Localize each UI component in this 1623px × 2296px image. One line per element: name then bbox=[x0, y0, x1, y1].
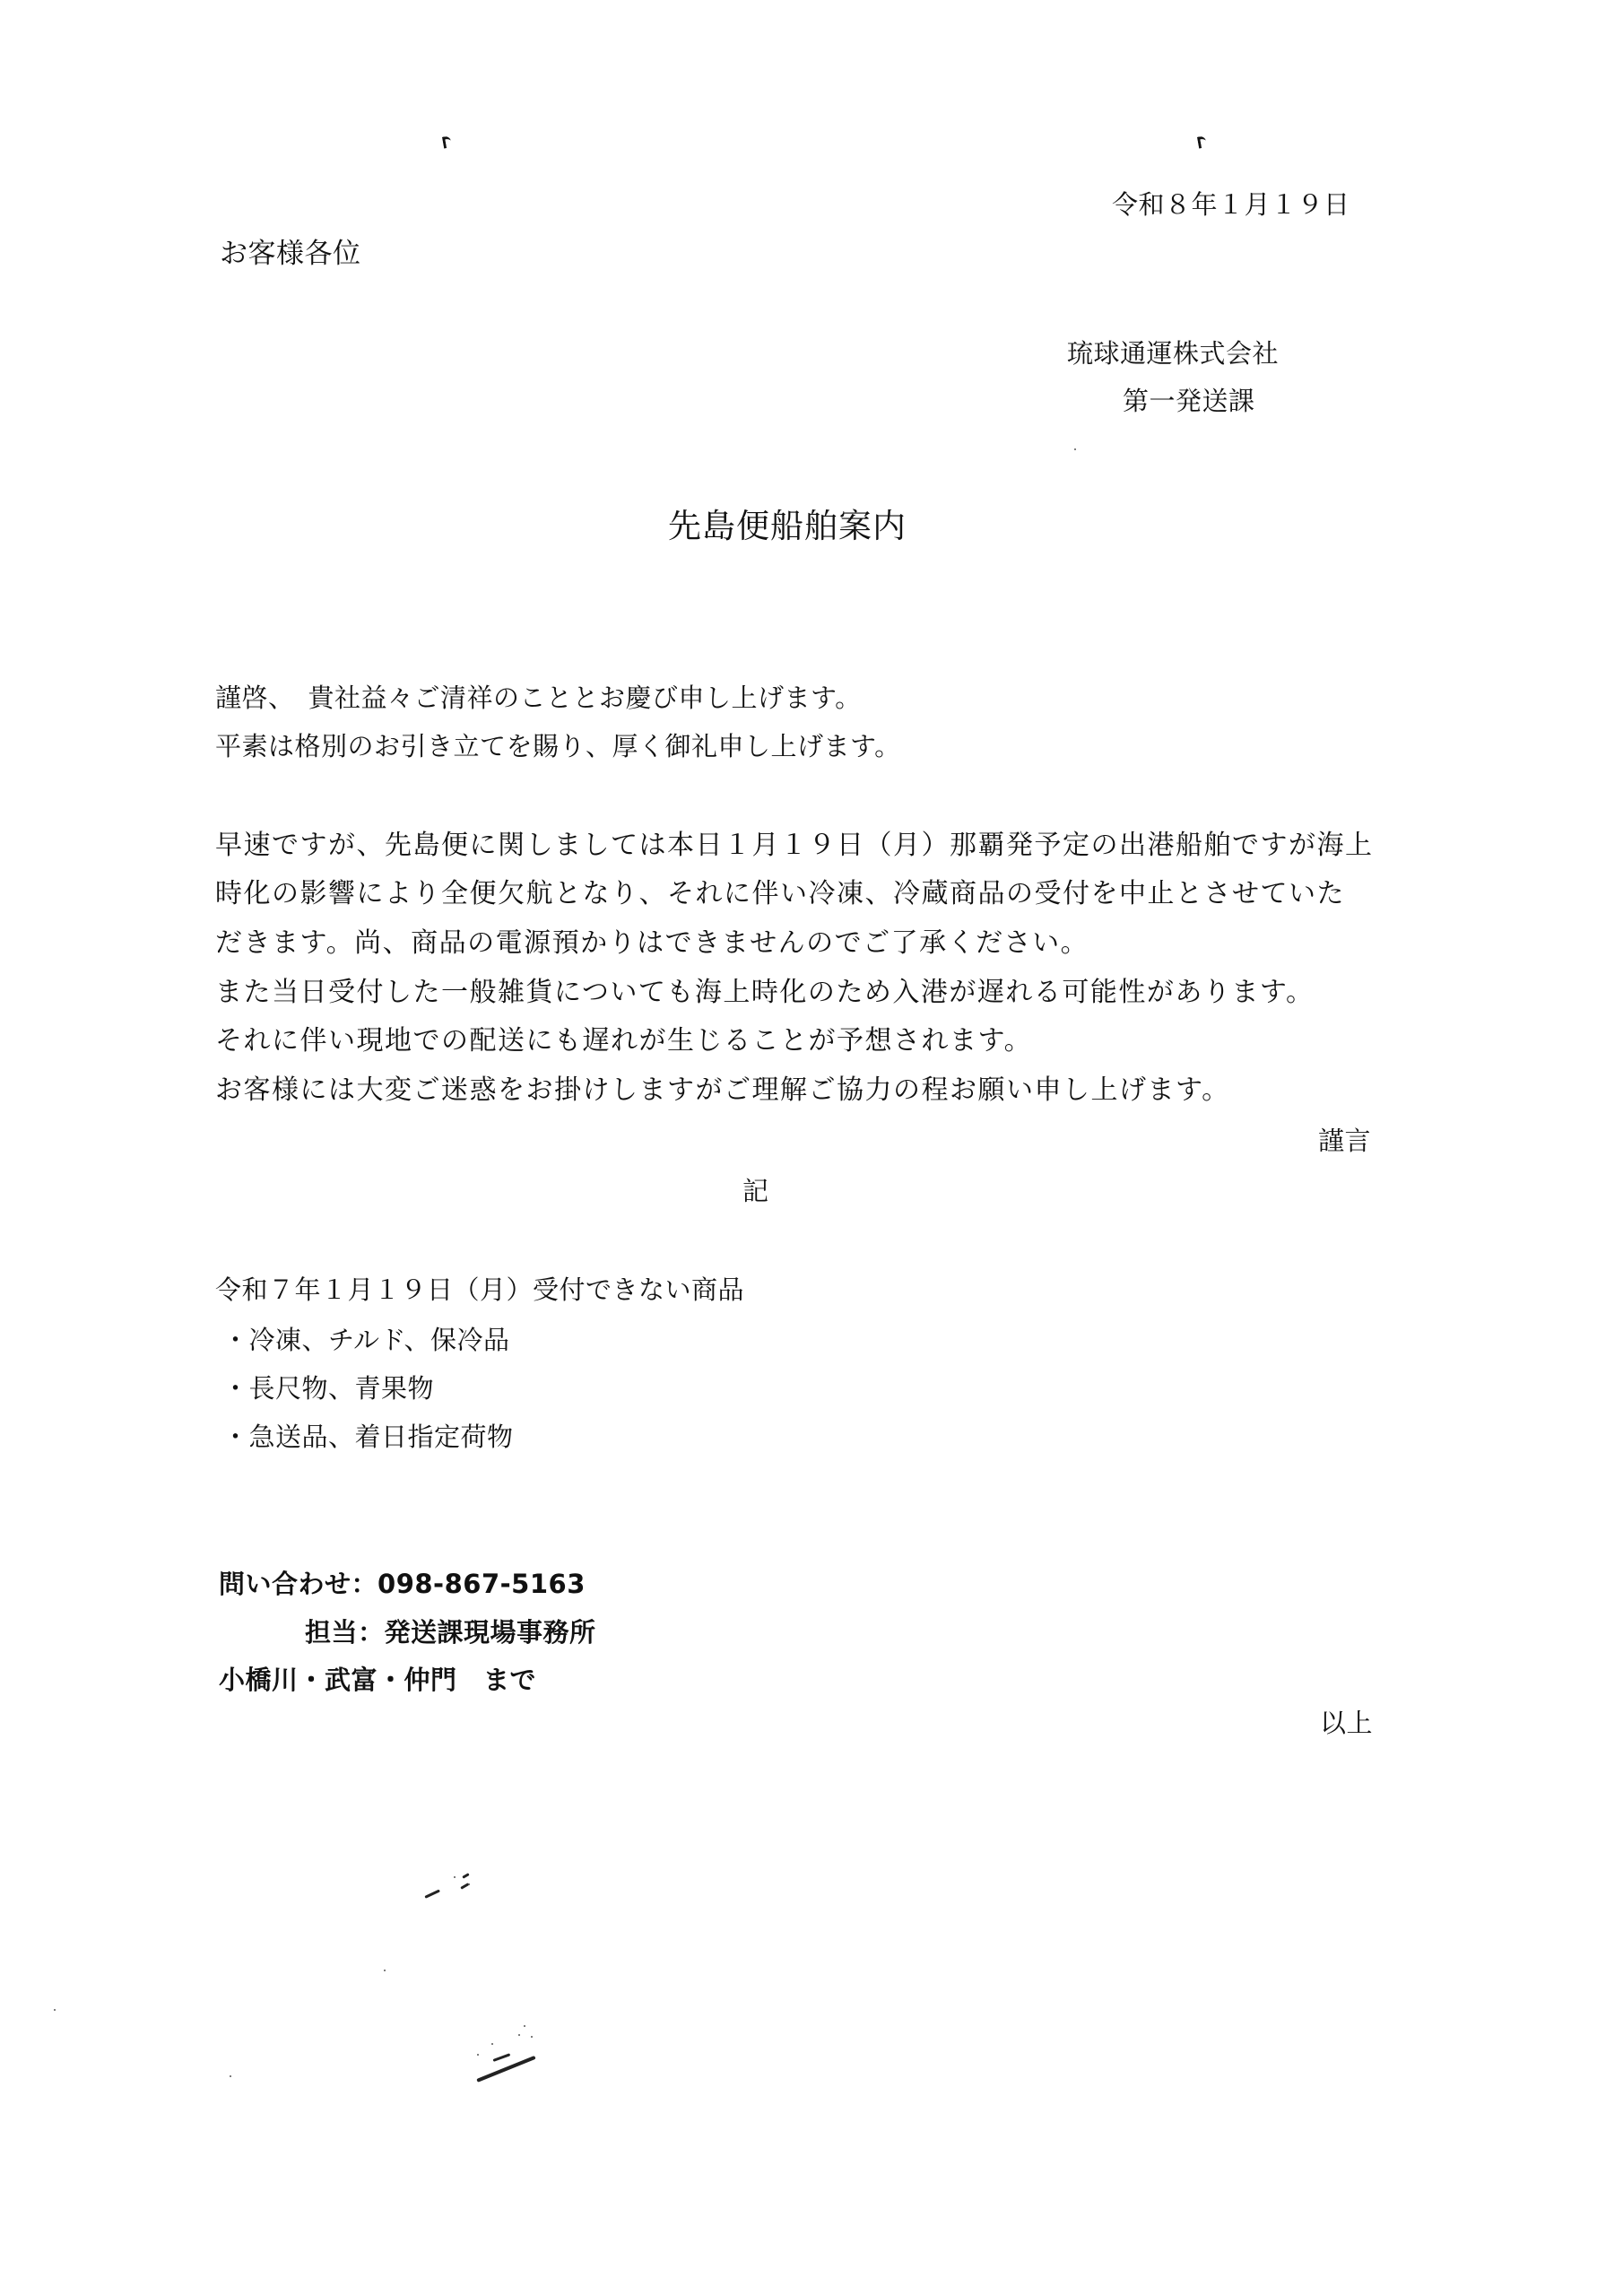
contact-names: 小橋川・武富・仲門 まで bbox=[219, 1667, 536, 1693]
document-date: 令和８年１月１９日 bbox=[1112, 192, 1350, 218]
scan-dot bbox=[230, 2075, 231, 2077]
body-line: 時化の影響により全便欠航となり、それに伴い冷凍、冷蔵商品の受付を中止とさせていた bbox=[215, 881, 1345, 908]
sender-department: 第一発送課 bbox=[1123, 388, 1255, 414]
contact-person: 担当：発送課現場事務所 bbox=[305, 1620, 596, 1646]
unacceptable-items-heading: 令和７年１月１９日（月）受付できない商品 bbox=[215, 1277, 744, 1303]
scan-dot bbox=[384, 1970, 386, 1971]
body-line: それに伴い現地での配送にも遅れが生じることが予想されます。 bbox=[215, 1028, 1032, 1055]
body-line: だきます。尚、商品の電源預かりはできませんのでご了承ください。 bbox=[215, 930, 1089, 957]
greeting-line: 謹啓、 貴社益々ご清祥のこととお慶び申し上げます。 bbox=[215, 685, 862, 711]
contact-phone: 098-867-5163 bbox=[378, 1569, 586, 1599]
end-mark: 以上 bbox=[1320, 1710, 1373, 1736]
document-title: 先島便船舶案内 bbox=[668, 509, 907, 543]
closing-word: 謹言 bbox=[1318, 1128, 1371, 1154]
contact-line: 問い合わせ：098-867-5163 bbox=[219, 1571, 586, 1597]
scan-dot bbox=[54, 2009, 56, 2011]
sender-company: 琉球通運株式会社 bbox=[1067, 341, 1279, 367]
recipient: お客様各位 bbox=[220, 240, 361, 268]
ki-heading: 記 bbox=[742, 1178, 769, 1205]
greeting-line: 平素は格別のお引き立てを賜り、厚く御礼申し上げます。 bbox=[215, 734, 901, 760]
list-item: ・冷凍、チルド、保冷品 bbox=[222, 1327, 509, 1353]
body-line: また当日受付した一般雑貨についても海上時化のため入港が遅れる可能性があります。 bbox=[215, 979, 1315, 1006]
scan-mark-right bbox=[1197, 135, 1207, 148]
body-line: お客様には大変ご迷惑をお掛けしますがご理解ご協力の程お願い申し上げます。 bbox=[215, 1077, 1230, 1104]
body-line: 早速ですが、先島便に関しましては本日１月１９日（月）那覇発予定の出港船舶ですが海… bbox=[215, 832, 1374, 859]
contact-label: 問い合わせ： bbox=[219, 1569, 378, 1599]
list-item: ・長尺物、青果物 bbox=[222, 1376, 434, 1402]
scan-dot bbox=[1074, 448, 1076, 450]
list-item: ・急送品、着日指定荷物 bbox=[222, 1424, 514, 1450]
scan-mark-left bbox=[442, 135, 452, 148]
